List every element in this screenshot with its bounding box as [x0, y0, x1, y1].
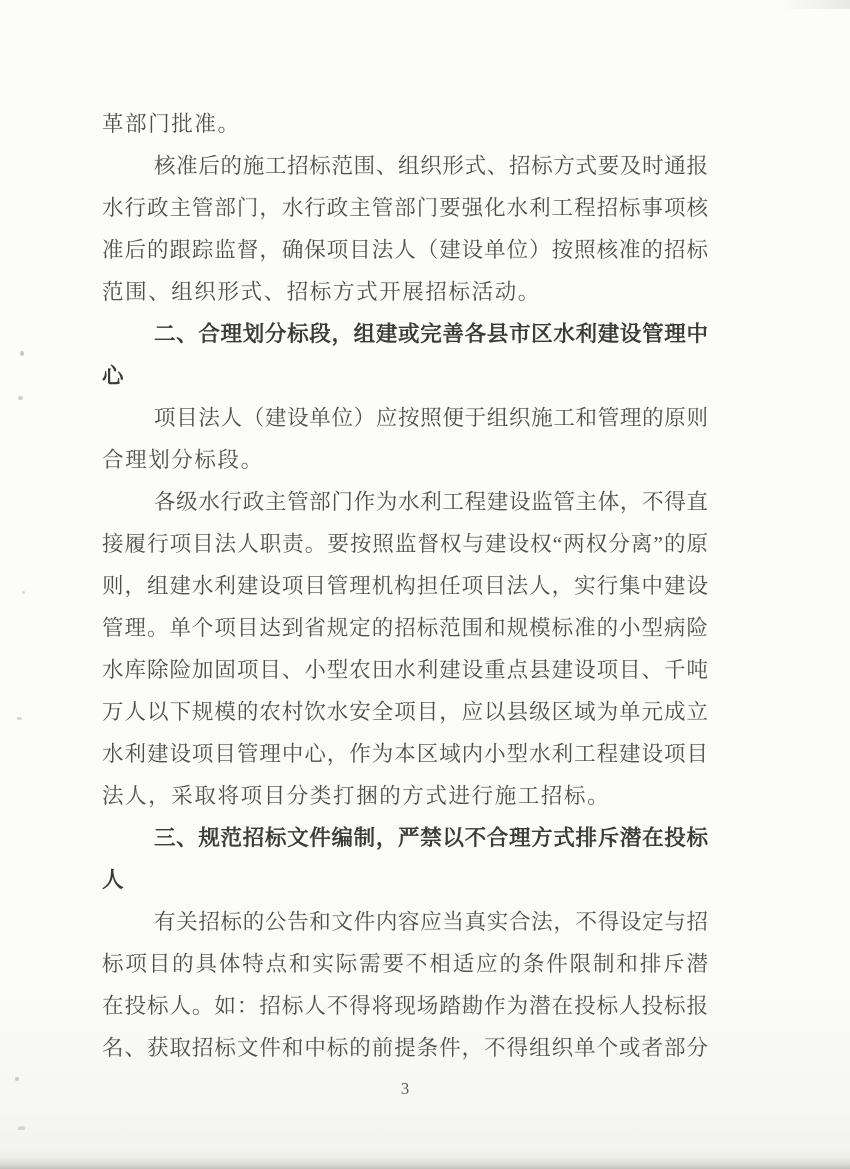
scan-speck [15, 1077, 19, 1081]
text-line: 项目法人（建设单位）应按照便于组织施工和管理的原则 [102, 397, 708, 439]
section-heading-3: 三、规范招标文件编制，严禁以不合理方式排斥潜在投标 人 [102, 817, 708, 901]
text-line: 在投标人。如：招标人不得将现场踏勘作为潜在投标人投标报 [102, 985, 708, 1027]
document-body: 革部门批准。 核准后的施工招标范围、组织形式、招标方式要及时通报 水行政主管部门… [102, 103, 708, 1069]
text-line: 革部门批准。 [102, 103, 708, 145]
section-heading-2: 二、合理划分标段，组建或完善各县市区水利建设管理中 心 [102, 313, 708, 397]
paragraph: 有关招标的公告和文件内容应当真实合法，不得设定与招 标项目的具体特点和实际需要不… [102, 901, 708, 1069]
paragraph: 核准后的施工招标范围、组织形式、招标方式要及时通报 水行政主管部门，水行政主管部… [102, 145, 708, 313]
text-line: 法人，采取将项目分类打捆的方式进行施工招标。 [102, 775, 708, 817]
text-line: 标项目的具体特点和实际需要不相适应的条件限制和排斥潜 [102, 943, 708, 985]
text-line: 名、获取招标文件和中标的前提条件，不得组织单个或者部分 [102, 1027, 708, 1069]
heading-line: 人 [102, 859, 708, 901]
scan-speck [17, 717, 22, 720]
scan-speck [18, 1126, 25, 1130]
document-page: 革部门批准。 核准后的施工招标范围、组织形式、招标方式要及时通报 水行政主管部门… [0, 0, 850, 1169]
text-line: 接履行项目法人职责。要按照监督权与建设权“两权分离”的原 [102, 523, 708, 565]
paragraph: 各级水行政主管部门作为水利工程建设监管主体，不得直 接履行项目法人职责。要按照监… [102, 481, 708, 817]
scan-speck [20, 351, 24, 356]
text-line: 范围、组织形式、招标方式开展招标活动。 [102, 271, 708, 313]
heading-line: 心 [102, 355, 708, 397]
text-line: 准后的跟踪监督，确保项目法人（建设单位）按照核准的招标 [102, 229, 708, 271]
text-line: 各级水行政主管部门作为水利工程建设监管主体，不得直 [102, 481, 708, 523]
paragraph-continuation: 革部门批准。 [102, 103, 708, 145]
scan-speck [22, 591, 25, 594]
scan-edge-artifact [780, 0, 850, 9]
page-number: 3 [102, 1079, 708, 1099]
text-line: 万人以下规模的农村饮水安全项目，应以县级区域为单元成立 [102, 691, 708, 733]
text-line: 水库除险加固项目、小型农田水利建设重点县建设项目、千吨 [102, 649, 708, 691]
text-line: 核准后的施工招标范围、组织形式、招标方式要及时通报 [102, 145, 708, 187]
text-line: 合理划分标段。 [102, 439, 708, 481]
text-line: 管理。单个项目达到省规定的招标范围和规模标准的小型病险 [102, 607, 708, 649]
paragraph: 项目法人（建设单位）应按照便于组织施工和管理的原则 合理划分标段。 [102, 397, 708, 481]
scan-bottom-edge [0, 1157, 850, 1169]
heading-line: 三、规范招标文件编制，严禁以不合理方式排斥潜在投标 [102, 817, 708, 859]
text-line: 水利建设项目管理中心，作为本区域内小型水利工程建设项目 [102, 733, 708, 775]
text-line: 水行政主管部门，水行政主管部门要强化水利工程招标事项核 [102, 187, 708, 229]
text-line: 有关招标的公告和文件内容应当真实合法，不得设定与招 [102, 901, 708, 943]
scan-speck [18, 396, 23, 400]
heading-line: 二、合理划分标段，组建或完善各县市区水利建设管理中 [102, 313, 708, 355]
text-line: 则，组建水利建设项目管理机构担任项目法人，实行集中建设 [102, 565, 708, 607]
